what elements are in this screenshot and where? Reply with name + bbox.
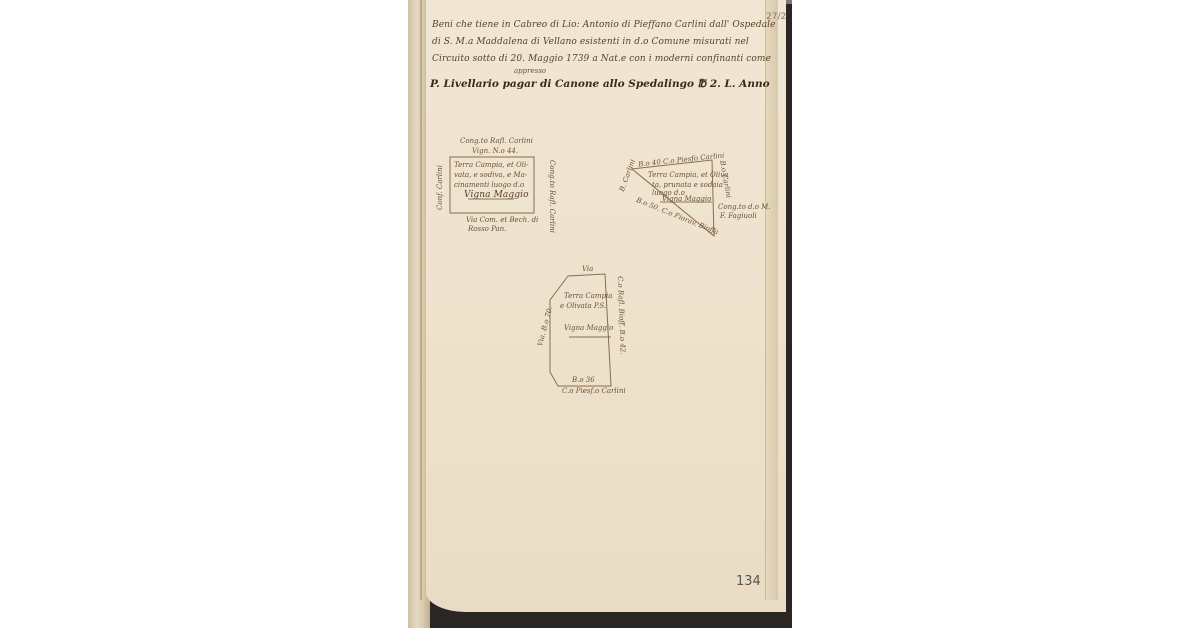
plot-1-name: Vigna Maggio — [464, 190, 529, 200]
plot-1-right-label: Cong.to Rafl. Carlini — [548, 160, 556, 233]
plot-3-bottom-label-1: B.o 36 — [572, 376, 595, 384]
plot-1-body-2: vata, e sodiva, e Ma- — [454, 171, 527, 179]
plot-3-name: Vigna Maggio — [564, 324, 613, 332]
plot-1-top-label-1: Cong.to Rafl. Carlini — [460, 137, 533, 145]
page-number: 134 — [736, 574, 761, 589]
plot-3-body-2: e Olivata P.S. — [560, 302, 606, 310]
plot-2-body-2: ta, prunata e sodaia — [652, 181, 723, 189]
manuscript-page: 27/2 Beni che tiene in Cabreo di Lio: An… — [426, 0, 786, 612]
manuscript-scan: 27/2 Beni che tiene in Cabreo di Lio: An… — [408, 0, 792, 628]
plot-1-body-3: cinamenti luogo d.o — [454, 181, 524, 189]
plot-1-bottom-label-1: Via Com. et Bech. di — [466, 216, 538, 224]
plot-3-top-label: Via — [582, 265, 593, 273]
plot-3-body-1: Terra Campia — [564, 292, 612, 300]
plot-1-left-label: Conf. Carlini — [436, 165, 444, 210]
plot-2-far-right-label-1: Cong.to d.o M. — [718, 203, 771, 211]
plot-1-top-label-2: Vign. N.o 44. — [472, 147, 518, 155]
plot-1-bottom-label-2: Rosso Pan. — [468, 225, 506, 233]
plot-2-name: Vigna Maggio — [662, 195, 711, 203]
plot-1-body-1: Terra Campia, et Oli- — [454, 161, 529, 169]
plot-2-body-1: Terra Campia, et Oliva — [648, 171, 728, 179]
plot-2-far-right-label-2: F. Fagiuoli — [720, 212, 757, 220]
plot-3-bottom-label-2: C.o Piesf.o Carlini — [562, 387, 626, 395]
